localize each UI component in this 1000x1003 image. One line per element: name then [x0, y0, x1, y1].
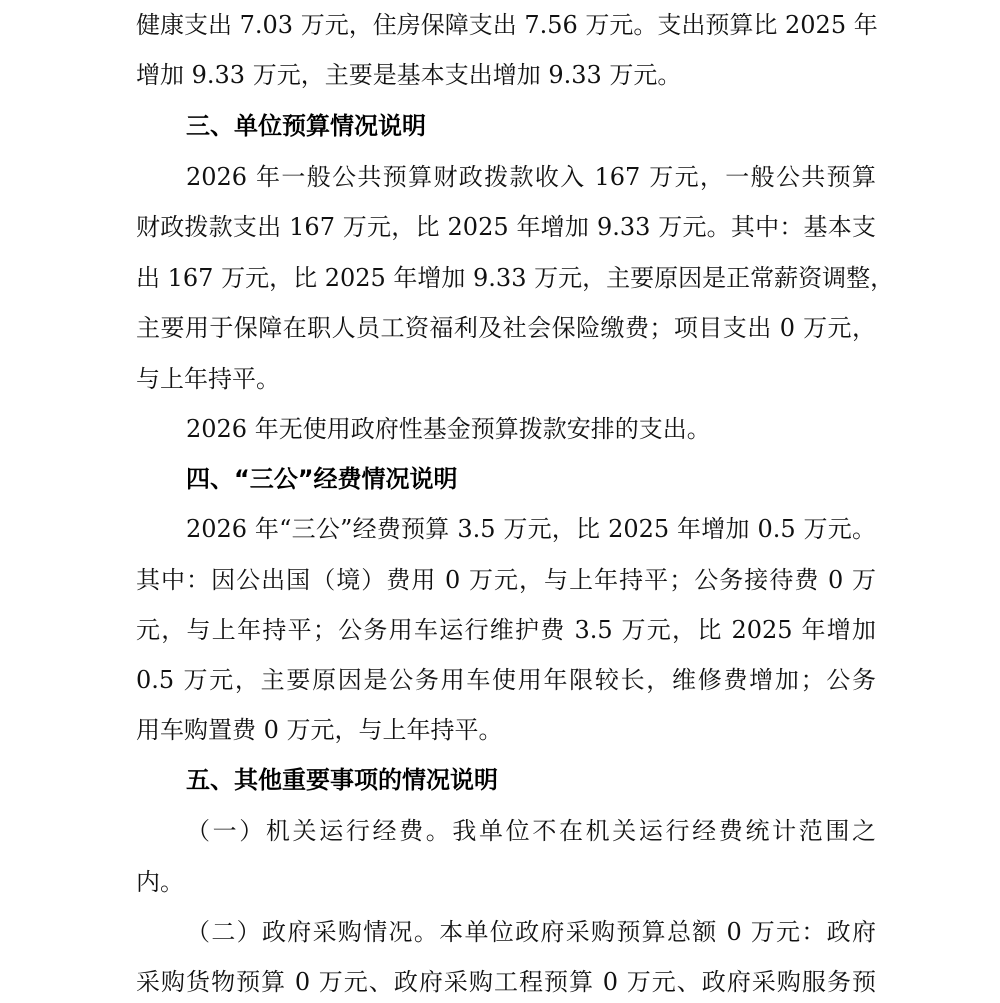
paragraph-line: 内。 — [136, 857, 876, 907]
paragraph-line: （二）政府采购情况。本单位政府采购预算总额 0 万元：政府 — [186, 907, 876, 957]
paragraph-line: 2026 年“三公”经费预算 3.5 万元，比 2025 年增加 0.5 万元。 — [186, 504, 876, 554]
paragraph-line: （一）机关运行经费。我单位不在机关运行经费统计范围之 — [186, 806, 876, 856]
section-heading-4: 四、“三公”经费情况说明 — [186, 454, 458, 504]
paragraph-line: 0.5 万元，主要原因是公务用车使用年限较长，维修费增加；公务 — [136, 655, 876, 705]
paragraph-line: 与上年持平。 — [136, 354, 876, 404]
section-heading-3: 三、单位预算情况说明 — [186, 101, 426, 151]
paragraph-line: 主要用于保障在职人员工资福利及社会保险缴费；项目支出 0 万元， — [136, 303, 876, 353]
paragraph-line: 2026 年无使用政府性基金预算拨款安排的支出。 — [186, 404, 876, 454]
section-heading-5: 五、其他重要事项的情况说明 — [186, 755, 498, 805]
paragraph-line: 健康支出 7.03 万元，住房保障支出 7.56 万元。支出预算比 2025 年 — [136, 0, 876, 50]
paragraph-line: 出 167 万元，比 2025 年增加 9.33 万元，主要原因是正常薪资调整， — [136, 253, 876, 303]
paragraph-line: 其中：因公出国（境）费用 0 万元，与上年持平；公务接待费 0 万 — [136, 555, 876, 605]
paragraph-line: 2026 年一般公共预算财政拨款收入 167 万元，一般公共预算 — [186, 152, 876, 202]
paragraph-line: 用车购置费 0 万元，与上年持平。 — [136, 705, 876, 755]
paragraph-line: 元，与上年持平；公务用车运行维护费 3.5 万元，比 2025 年增加 — [136, 605, 876, 655]
paragraph-line: 财政拨款支出 167 万元，比 2025 年增加 9.33 万元。其中：基本支 — [136, 202, 876, 252]
paragraph-line: 采购货物预算 0 万元、政府采购工程预算 0 万元、政府采购服务预 — [136, 957, 876, 1003]
paragraph-line: 增加 9.33 万元，主要是基本支出增加 9.33 万元。 — [136, 50, 876, 100]
